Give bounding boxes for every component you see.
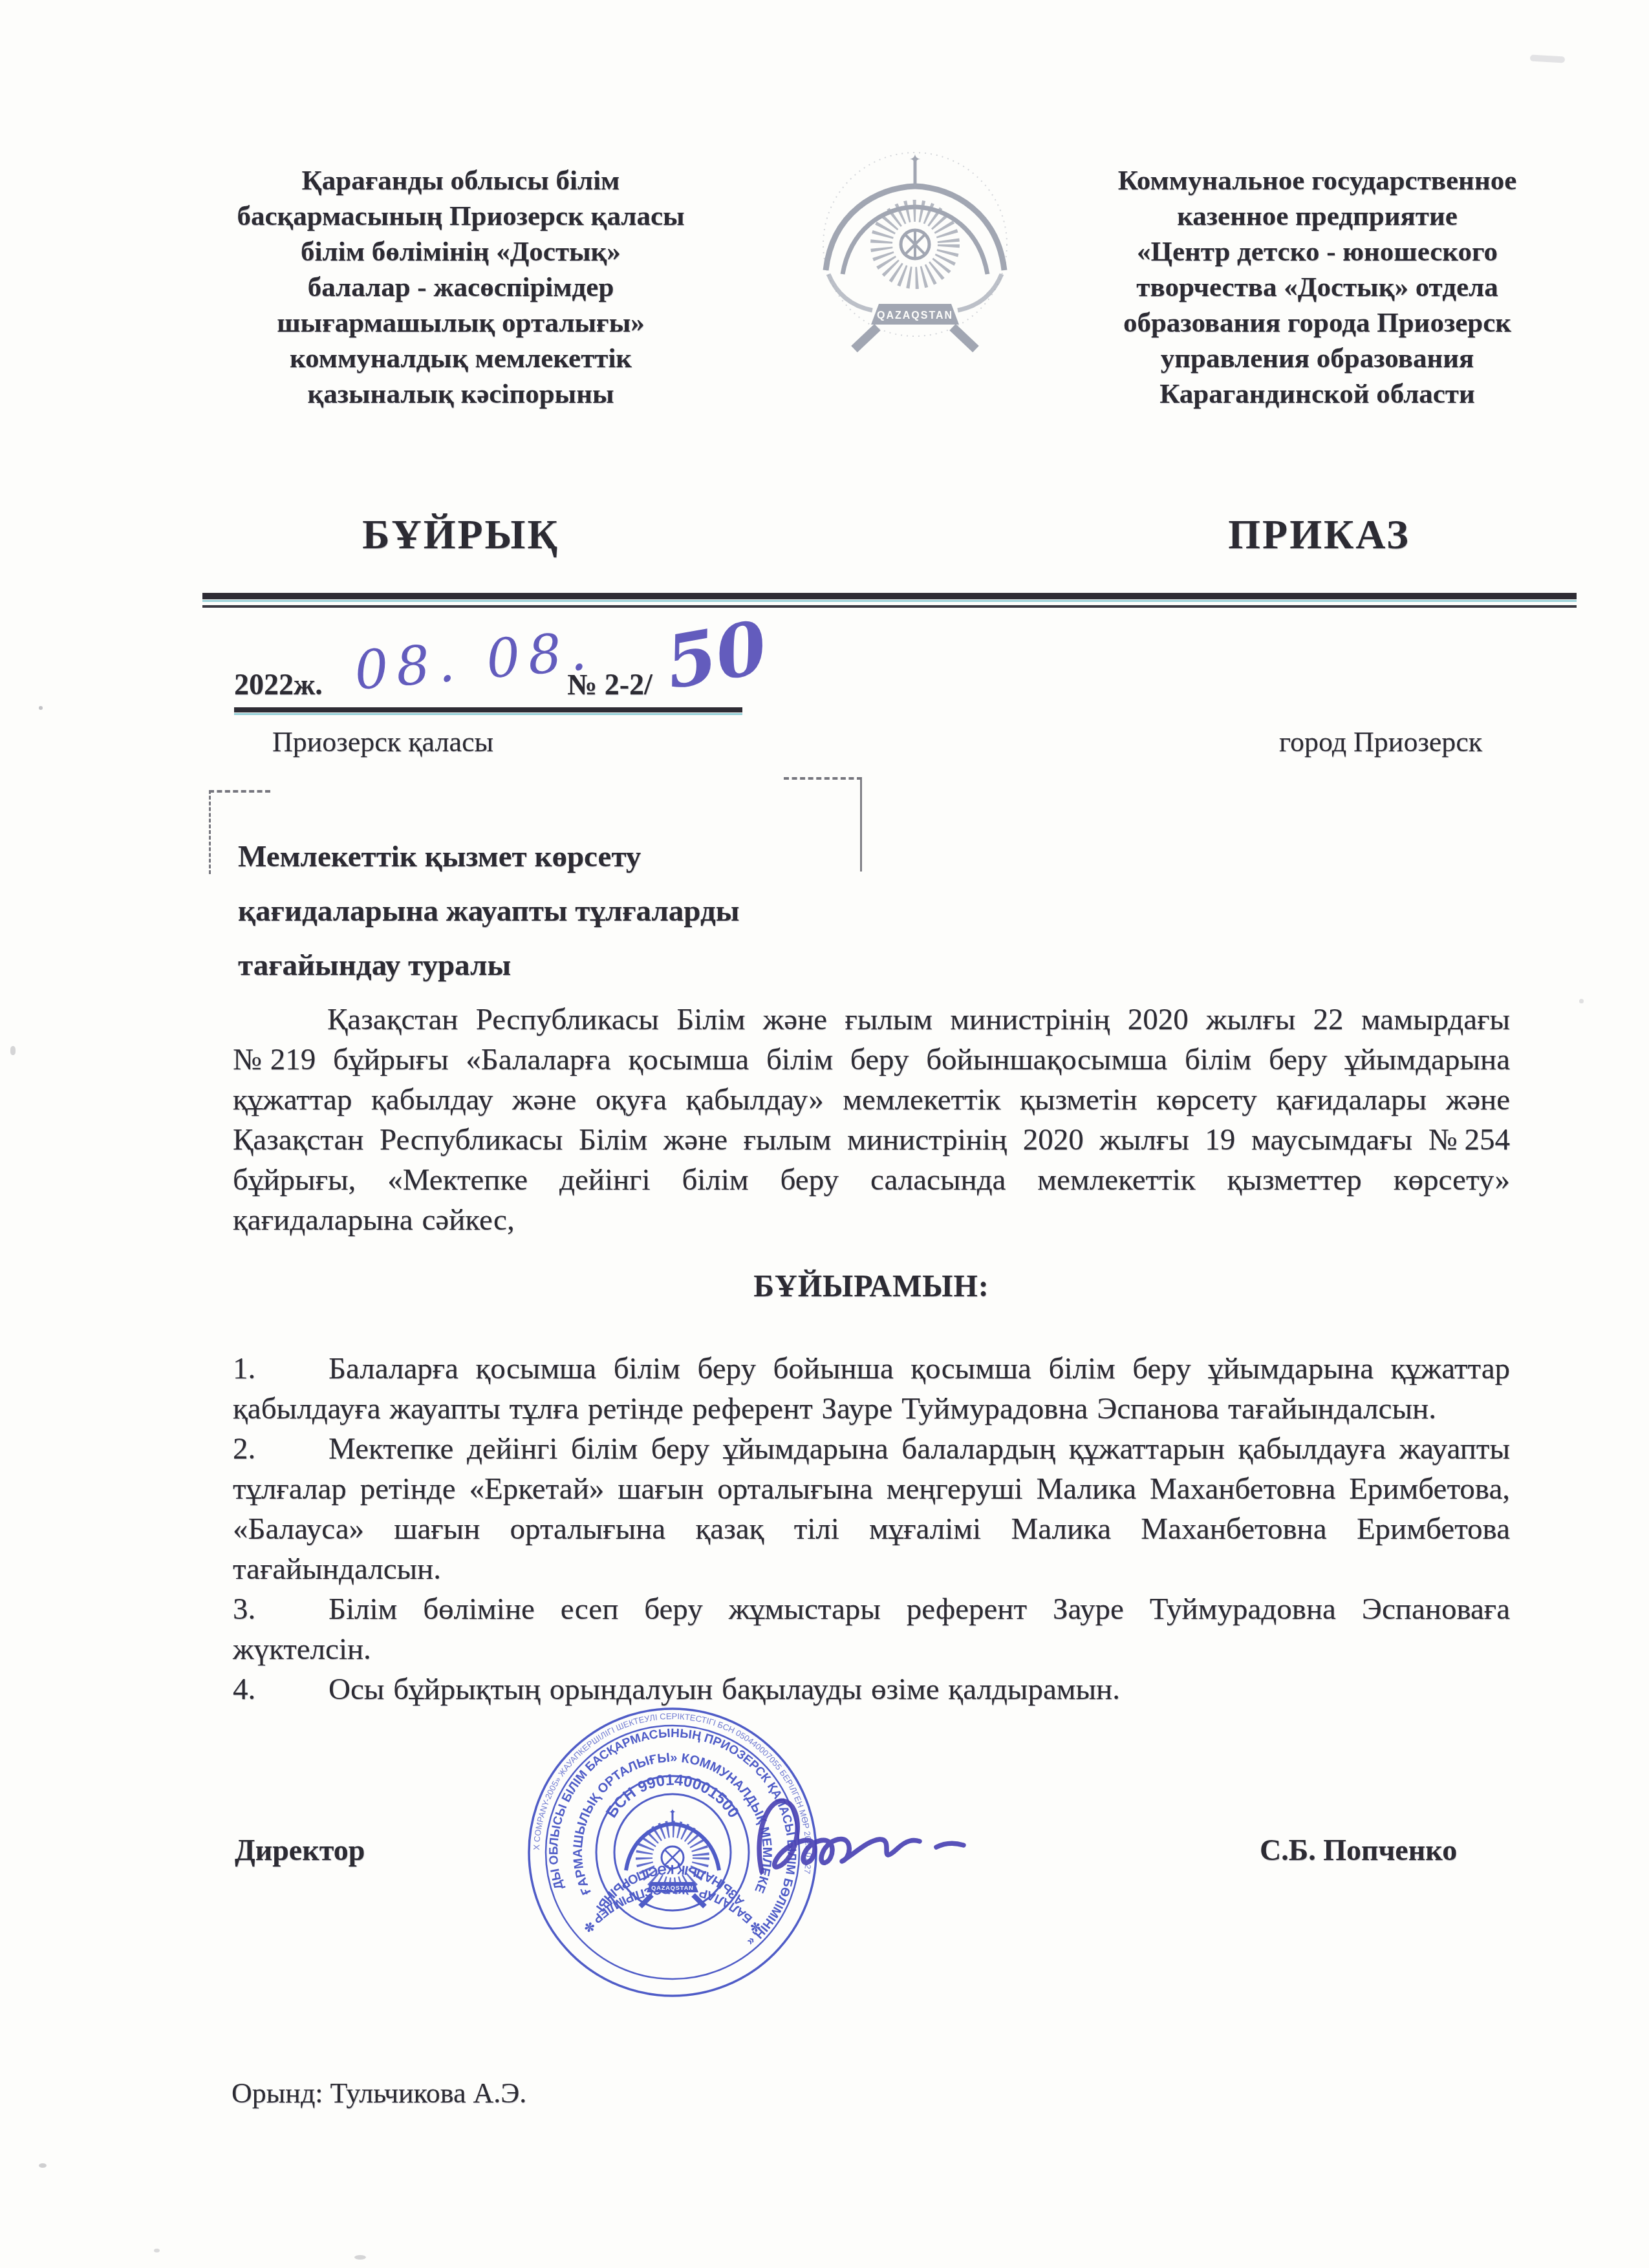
emblem-star-icon: ✦ [909, 151, 921, 167]
subject-line: Мемлекеттік қызмет көрсету [238, 829, 1001, 884]
item-number: 1. [233, 1349, 329, 1389]
org-name-kazakh-line: басқармасының Приозерск қаласы [191, 198, 731, 234]
date-underline-scan-fringe [234, 713, 742, 715]
org-name-russian-line: казенное предприятие [1049, 198, 1586, 234]
preamble-paragraph: Қазақстан Республикасы Білім және ғылым … [233, 1000, 1510, 1240]
item-number: 4. [233, 1669, 329, 1709]
org-name-russian-line: Карагандинской области [1049, 376, 1586, 412]
org-name-russian-line: творчества «Достық» отдела [1049, 270, 1586, 305]
kazakhstan-emblem-icon: ✦ QAZAQSTAN [820, 147, 1010, 356]
scan-speck [1579, 999, 1584, 1003]
order-number-label: № 2-2/ [567, 667, 652, 701]
order-item: 2.Мектепке дейінгі білім беру ұйымдарына… [233, 1429, 1510, 1589]
item-text: Мектепке дейінгі білім беру ұйымдарына б… [233, 1432, 1510, 1586]
document-title-kazakh: БҰЙРЫҚ [191, 511, 731, 559]
order-items-list: 1.Балаларға қосымша білім беру бойынша қ… [233, 1349, 1510, 1709]
signer-name: С.Б. Попченко [1260, 1833, 1457, 1867]
org-name-kazakh: Қарағанды облысы білім басқармасының При… [191, 163, 731, 412]
scan-speck [354, 2255, 366, 2260]
date-year-label: 2022ж. [234, 667, 323, 701]
org-name-kazakh-line: балалар - жасөспірімдер [191, 270, 731, 305]
org-name-russian-line: Коммунальное государственное [1049, 163, 1586, 198]
subject-line: қағидаларына жауапты тұлғаларды [238, 884, 1001, 938]
item-text: Осы бұйрықтың орындалуын бақылауды өзіме… [329, 1673, 1120, 1706]
scanned-order-document: Қарағанды облысы білім басқармасының При… [0, 0, 1649, 2268]
order-item: 3.Білім бөліміне есеп беру жұмыстары реф… [233, 1589, 1510, 1669]
header-rule-thin [202, 605, 1577, 608]
item-number: 3. [233, 1589, 329, 1629]
org-name-kazakh-line: қазыналық кәсіпорыны [191, 376, 731, 412]
org-name-russian-line: управления образования [1049, 341, 1586, 376]
org-name-kazakh-line: білім бөлімінің «Достық» [191, 234, 731, 270]
city-kazakh: Приозерск қаласы [272, 725, 493, 758]
document-title-russian: ПРИКАЗ [1054, 511, 1584, 559]
handwritten-date: 08. 08. [352, 620, 597, 702]
order-item: 4.Осы бұйрықтың орындалуын бақылауды өзі… [233, 1669, 1510, 1709]
scan-smudge [1530, 55, 1565, 63]
org-name-russian: Коммунальное государственное казенное пр… [1049, 163, 1586, 412]
order-item: 1.Балаларға қосымша білім беру бойынша қ… [233, 1349, 1510, 1429]
org-name-russian-line: «Центр детско - юношеского [1049, 234, 1586, 270]
city-russian: город Приозерск [1279, 725, 1482, 758]
scan-speck [10, 1046, 16, 1055]
header-rule-scan-fringe [202, 600, 1577, 602]
scan-speck [39, 2163, 47, 2168]
scan-speck [39, 706, 43, 710]
handwritten-order-number: 50 [660, 604, 773, 705]
order-heading: БҰЙЫРАМЫН: [233, 1268, 1510, 1304]
executor-line: Орынд: Тульчикова А.Э. [232, 2077, 526, 2110]
date-underline [234, 707, 742, 712]
org-name-kazakh-line: Қарағанды облысы білім [191, 163, 731, 198]
org-name-russian-line: образования города Приозерск [1049, 305, 1586, 341]
signer-role: Директор [235, 1833, 365, 1867]
header-rule-thick [202, 593, 1577, 599]
stamp-star-icon: ✦ [669, 1807, 676, 1817]
scan-speck [154, 2249, 160, 2252]
item-number: 2. [233, 1429, 329, 1469]
stamp-banner-text: QAZAQSTAN [651, 1885, 693, 1891]
org-name-kazakh-line: коммуналдық мемлекеттік [191, 341, 731, 376]
subject-line: тағайындау туралы [238, 938, 1001, 992]
org-name-kazakh-line: шығармашылық орталығы» [191, 305, 731, 341]
emblem-banner-text: QAZAQSTAN [877, 310, 953, 321]
subject-block: Мемлекеттік қызмет көрсету қағидаларына … [238, 829, 1001, 992]
director-signature-ink [744, 1775, 1067, 1910]
item-text: Балаларға қосымша білім беру бойынша қос… [233, 1352, 1510, 1426]
item-text: Білім бөліміне есеп беру жұмыстары рефер… [233, 1592, 1510, 1666]
